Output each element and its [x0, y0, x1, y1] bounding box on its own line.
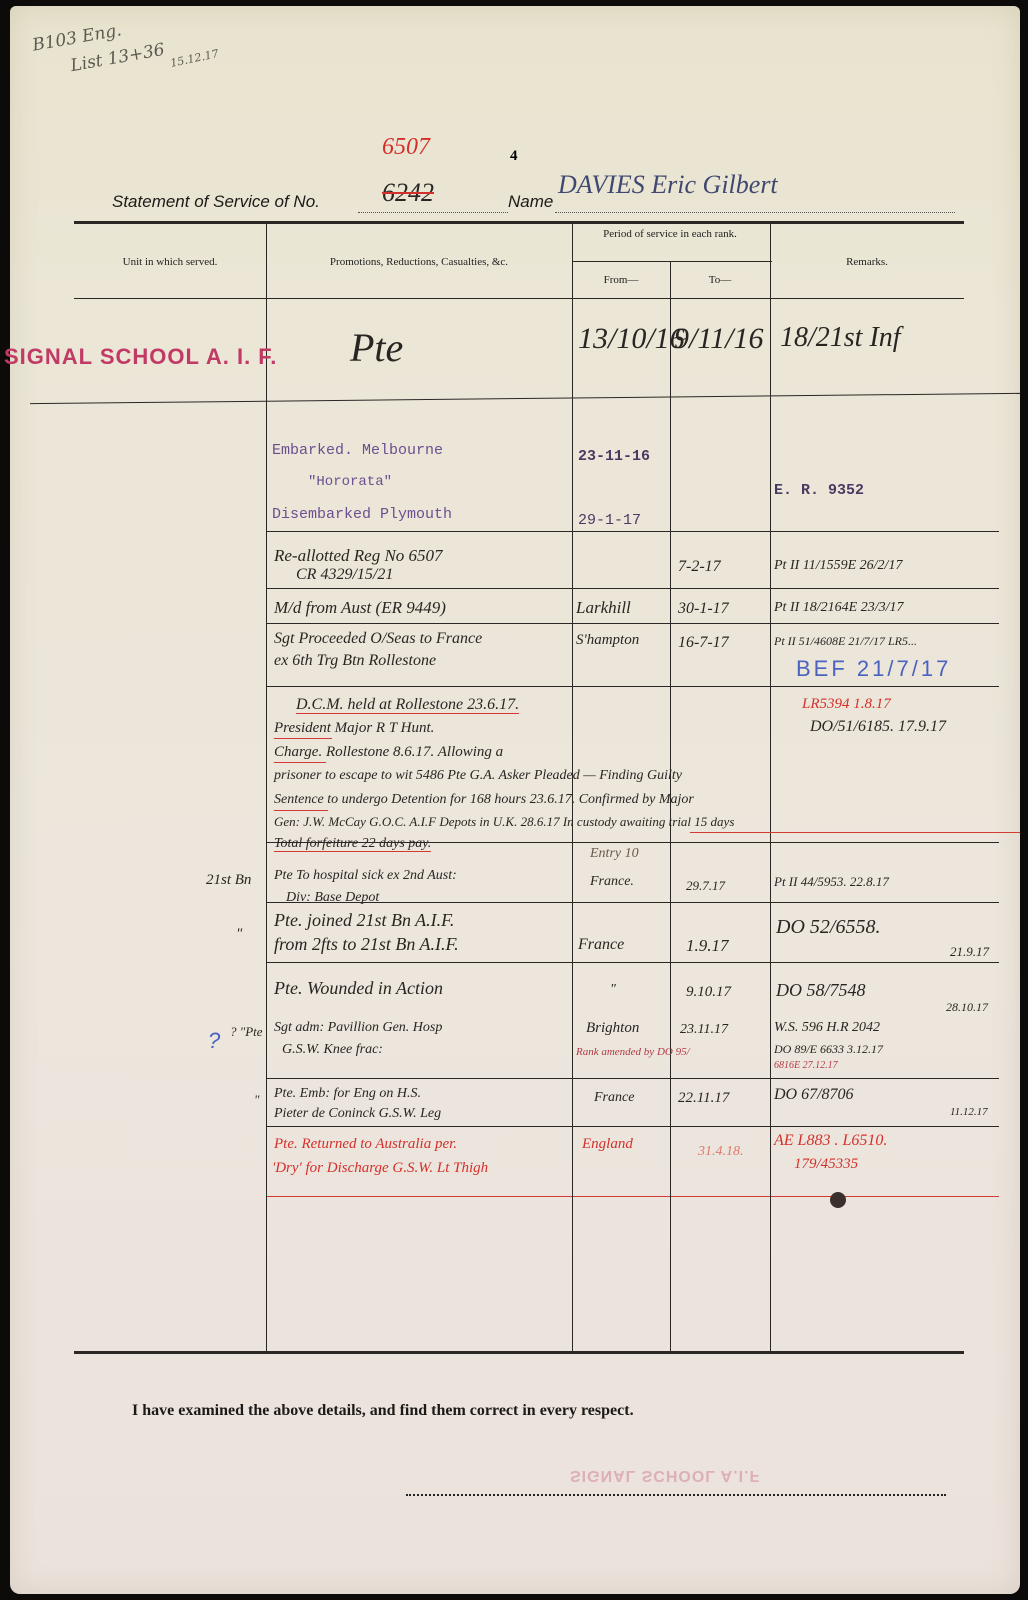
service-number-struck: 6242	[382, 178, 434, 208]
from-place: France	[578, 936, 624, 954]
red-underline	[274, 762, 326, 763]
entry-line: Sgt Proceeded O/Seas to France	[274, 630, 482, 648]
remarks-date: 11.12.17	[950, 1106, 988, 1118]
remarks-date: 28.10.17	[946, 1000, 988, 1015]
unit-entry: 21st Bn	[206, 872, 251, 889]
statement-title: Statement of Service of No.	[112, 192, 320, 212]
column-header-to: To—	[670, 274, 770, 286]
remarks: DO 89/E 6633 3.12.17	[774, 1042, 883, 1057]
column-header-from: From—	[572, 274, 670, 286]
unit-stamp: SIGNAL SCHOOL A. I. F.	[4, 344, 277, 370]
row-divider	[266, 531, 999, 532]
remarks: DO/51/6185. 17.9.17	[810, 718, 946, 736]
to-date: 9/11/16	[674, 322, 763, 356]
header-bottom-rule	[74, 298, 964, 299]
entry-line: M/d from Aust (ER 9449)	[274, 598, 446, 618]
entry-line: "Hororata"	[308, 474, 392, 490]
from-place: France.	[590, 874, 634, 890]
entry-line: from 2fts to 21st Bn A.I.F.	[274, 934, 459, 955]
row-divider	[30, 393, 1020, 404]
to-date: 30-1-17	[678, 600, 729, 618]
row-divider	[266, 686, 999, 687]
from-place: France	[594, 1090, 634, 1106]
rank-entry: Pte	[350, 324, 403, 371]
page-number: 4	[510, 148, 518, 165]
entry-line: D.C.M. held at Rollestone 23.6.17.	[296, 696, 519, 714]
table-bottom-rule	[74, 1351, 964, 1354]
period-divider	[572, 261, 772, 262]
service-number-red: 6507	[382, 134, 430, 161]
entry-text: D.C.M. held at Rollestone 23.6.17.	[296, 696, 519, 714]
remarks-red: 179/45335	[794, 1156, 858, 1173]
entry-line: CR 4329/15/21	[296, 566, 393, 584]
entry-line: Re-allotted Reg No 6507	[274, 546, 443, 566]
row-divider	[266, 962, 999, 963]
to-date-red: 31.4.18.	[698, 1144, 744, 1160]
entry-line: Pte. Emb: for Eng on H.S.	[274, 1086, 421, 1102]
entry-line: Embarked. Melbourne	[272, 442, 443, 459]
remarks-blue: BEF 21/7/17	[796, 656, 951, 682]
pencil-note-3: 15.12.17	[169, 47, 220, 70]
certification-text: I have examined the above details, and f…	[132, 1402, 634, 1420]
faint-stamp: SIGNAL SCHOOL A.I.F	[570, 1466, 760, 1484]
remarks: 18/21st Inf	[780, 322, 901, 354]
row-divider	[266, 1126, 999, 1127]
red-underline	[274, 738, 332, 739]
from-place-red: England	[582, 1136, 633, 1153]
column-rule	[266, 223, 267, 1351]
entry-line: Gen: J.W. McCay G.O.C. A.I.F Depots in U…	[274, 814, 734, 830]
to-date: 22.11.17	[678, 1090, 729, 1107]
unit-entry: "	[254, 1092, 259, 1108]
entry-line: Disembarked Plymouth	[272, 506, 452, 523]
entry-line: ex 6th Trg Btn Rollestone	[274, 652, 436, 670]
to-date: 16-7-17	[678, 634, 729, 652]
entry-line: Pte. joined 21st Bn A.I.F.	[274, 910, 454, 931]
remarks: Pt II 44/5953. 22.8.17	[774, 874, 889, 890]
entry-line: President Major R T Hunt.	[274, 720, 434, 737]
from-place: "	[610, 982, 616, 998]
from-date: 13/10/16	[578, 322, 685, 356]
from-place: S'hampton	[576, 632, 639, 649]
remarks: E. R. 9352	[774, 482, 864, 499]
entry-line-red: 'Dry' for Discharge G.S.W. Lt Thigh	[272, 1160, 488, 1177]
remarks: Pt II 11/1559E 26/2/17	[774, 558, 902, 574]
remarks: Pt II 18/2164E 23/3/17	[774, 600, 904, 616]
remarks-red: 6816E 27.12.17	[774, 1060, 838, 1071]
row-divider	[266, 588, 999, 589]
entry-line: Charge. Rollestone 8.6.17. Allowing a	[274, 744, 503, 761]
unit-entry: "	[236, 926, 242, 943]
entry-line: Div: Base Depot	[286, 890, 379, 906]
name-dotted-line	[555, 212, 955, 213]
remarks: DO 58/7548	[776, 980, 866, 1001]
row-divider	[266, 1078, 999, 1079]
remarks-red: AE L883 . L6510.	[774, 1132, 887, 1150]
row-divider-red	[266, 1196, 999, 1197]
remarks: DO 52/6558.	[776, 916, 880, 939]
to-date: 1.9.17	[686, 936, 729, 956]
entry-line: Pte To hospital sick ex 2nd Aust:	[274, 868, 457, 884]
entry-line: Pte. Wounded in Action	[274, 978, 443, 999]
column-header-period: Period of service in each rank.	[590, 228, 750, 240]
from-place: Larkhill	[576, 598, 631, 618]
query-mark: ?	[208, 1028, 220, 1054]
entry-line: Total forfeiture 22 days pay.	[274, 836, 431, 852]
from-note: Entry 10	[590, 846, 639, 862]
signature-line	[406, 1494, 946, 1496]
number-dotted-line	[358, 212, 508, 213]
entry-line: G.S.W. Knee frac:	[282, 1042, 383, 1058]
to-date: 29.7.17	[686, 878, 725, 894]
column-header-unit: Unit in which served.	[74, 256, 266, 268]
from-date: 23-11-16	[578, 448, 650, 465]
column-rule	[770, 223, 771, 1351]
remarks-red: LR5394 1.8.17	[802, 696, 891, 713]
unit-entry: ? "Pte	[230, 1024, 263, 1040]
entry-line: Sentence to undergo Detention for 168 ho…	[274, 792, 694, 808]
table-top-rule	[74, 221, 964, 224]
entry-line: Pieter de Coninck G.S.W. Leg	[274, 1106, 441, 1122]
entry-line: prisoner to escape to wit 5486 Pte G.A. …	[274, 768, 682, 784]
column-rule	[572, 223, 573, 1351]
red-underline	[690, 832, 1020, 833]
remarks: Pt II 51/4608E 21/7/17 LR5...	[774, 634, 1014, 649]
column-header-promotions: Promotions, Reductions, Casualties, &c.	[266, 256, 572, 268]
red-underline	[274, 810, 328, 811]
name-label: Name	[508, 192, 553, 212]
row-divider	[266, 623, 999, 624]
ink-blot	[830, 1192, 846, 1208]
remarks-date: 21.9.17	[950, 944, 989, 960]
entry-line-red: Pte. Returned to Australia per.	[274, 1136, 457, 1153]
remarks: W.S. 596 H.R 2042	[774, 1020, 880, 1036]
from-date: 29-1-17	[578, 512, 641, 529]
entry-line: Sgt adm: Pavillion Gen. Hosp	[274, 1020, 442, 1036]
soldier-name: DAVIES Eric Gilbert	[558, 170, 778, 200]
remarks: DO 67/8706	[774, 1086, 854, 1104]
to-date: 7-2-17	[678, 558, 721, 576]
service-record-page: B103 Eng. List 13+36 15.12.17 4 6507 Sta…	[10, 6, 1020, 1594]
to-date: 23.11.17	[680, 1022, 728, 1038]
entry-text: Total forfeiture 22 days pay.	[274, 836, 431, 852]
rank-amended-note: Rank amended by DO 95/	[576, 1046, 690, 1058]
to-date: 9.10.17	[686, 984, 731, 1001]
column-header-remarks: Remarks.	[770, 256, 964, 268]
from-place: Brighton	[586, 1020, 639, 1037]
